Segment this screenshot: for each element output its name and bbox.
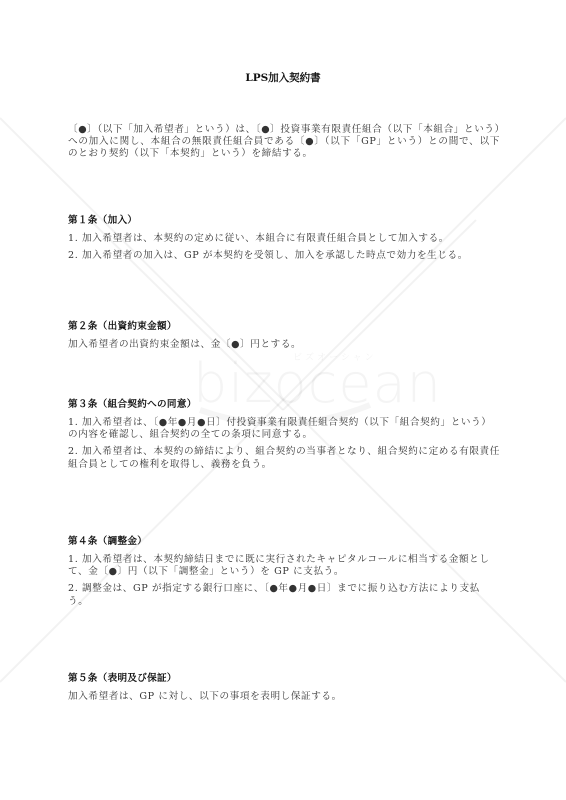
document-title: LPS加入契約書 (0, 70, 566, 85)
article-5: 第５条（表明及び保証） 加入希望者は、GP に対し、以下の事項を表明し保証する。 (68, 670, 500, 708)
article-paragraph: 1. 加入希望者は、本契約の定めに従い、本組合に有限責任組合員として加入する。 (68, 233, 500, 245)
article-paragraph: 1. 加入希望者は、本契約締結日までに既に実行されたキャピタルコールに相当する金… (68, 554, 500, 578)
article-4: 第４条（調整金） 1. 加入希望者は、本契約締結日までに既に実行されたキャピタル… (68, 533, 500, 613)
article-heading: 第５条（表明及び保証） (68, 670, 500, 684)
article-paragraph: 1. 加入希望者は、〔●年●月●日〕付投資事業有限責任組合契約（以下「組合契約」… (68, 417, 500, 441)
article-2: 第２条（出資約束金額） 加入希望者の出資約束金額は、金〔●〕円とする。 (68, 318, 500, 356)
preamble: 〔●〕（以下「加入希望者」という）は、〔●〕投資事業有限責任組合（以下「本組合」… (68, 124, 500, 161)
article-paragraph: 2. 加入希望者の加入は、GP が本契約を受領し、加入を承認した時点で効力を生じ… (68, 250, 500, 262)
article-3: 第３条（組合契約への同意） 1. 加入希望者は、〔●年●月●日〕付投資事業有限責… (68, 396, 500, 476)
article-paragraph: 加入希望者の出資約束金額は、金〔●〕円とする。 (68, 339, 500, 351)
article-paragraph: 2. 加入希望者は、本契約の締結により、組合契約の当事者となり、組合契約に定める… (68, 446, 500, 470)
article-paragraph: 加入希望者は、GP に対し、以下の事項を表明し保証する。 (68, 691, 500, 703)
article-heading: 第４条（調整金） (68, 533, 500, 547)
article-heading: 第３条（組合契約への同意） (68, 396, 500, 410)
article-heading: 第１条（加入） (68, 212, 500, 226)
article-heading: 第２条（出資約束金額） (68, 318, 500, 332)
article-paragraph: 2. 調整金は、GP が指定する銀行口座に、〔●年●月●日〕までに振り込む方法に… (68, 583, 500, 607)
article-1: 第１条（加入） 1. 加入希望者は、本契約の定めに従い、本組合に有限責任組合員と… (68, 212, 500, 267)
